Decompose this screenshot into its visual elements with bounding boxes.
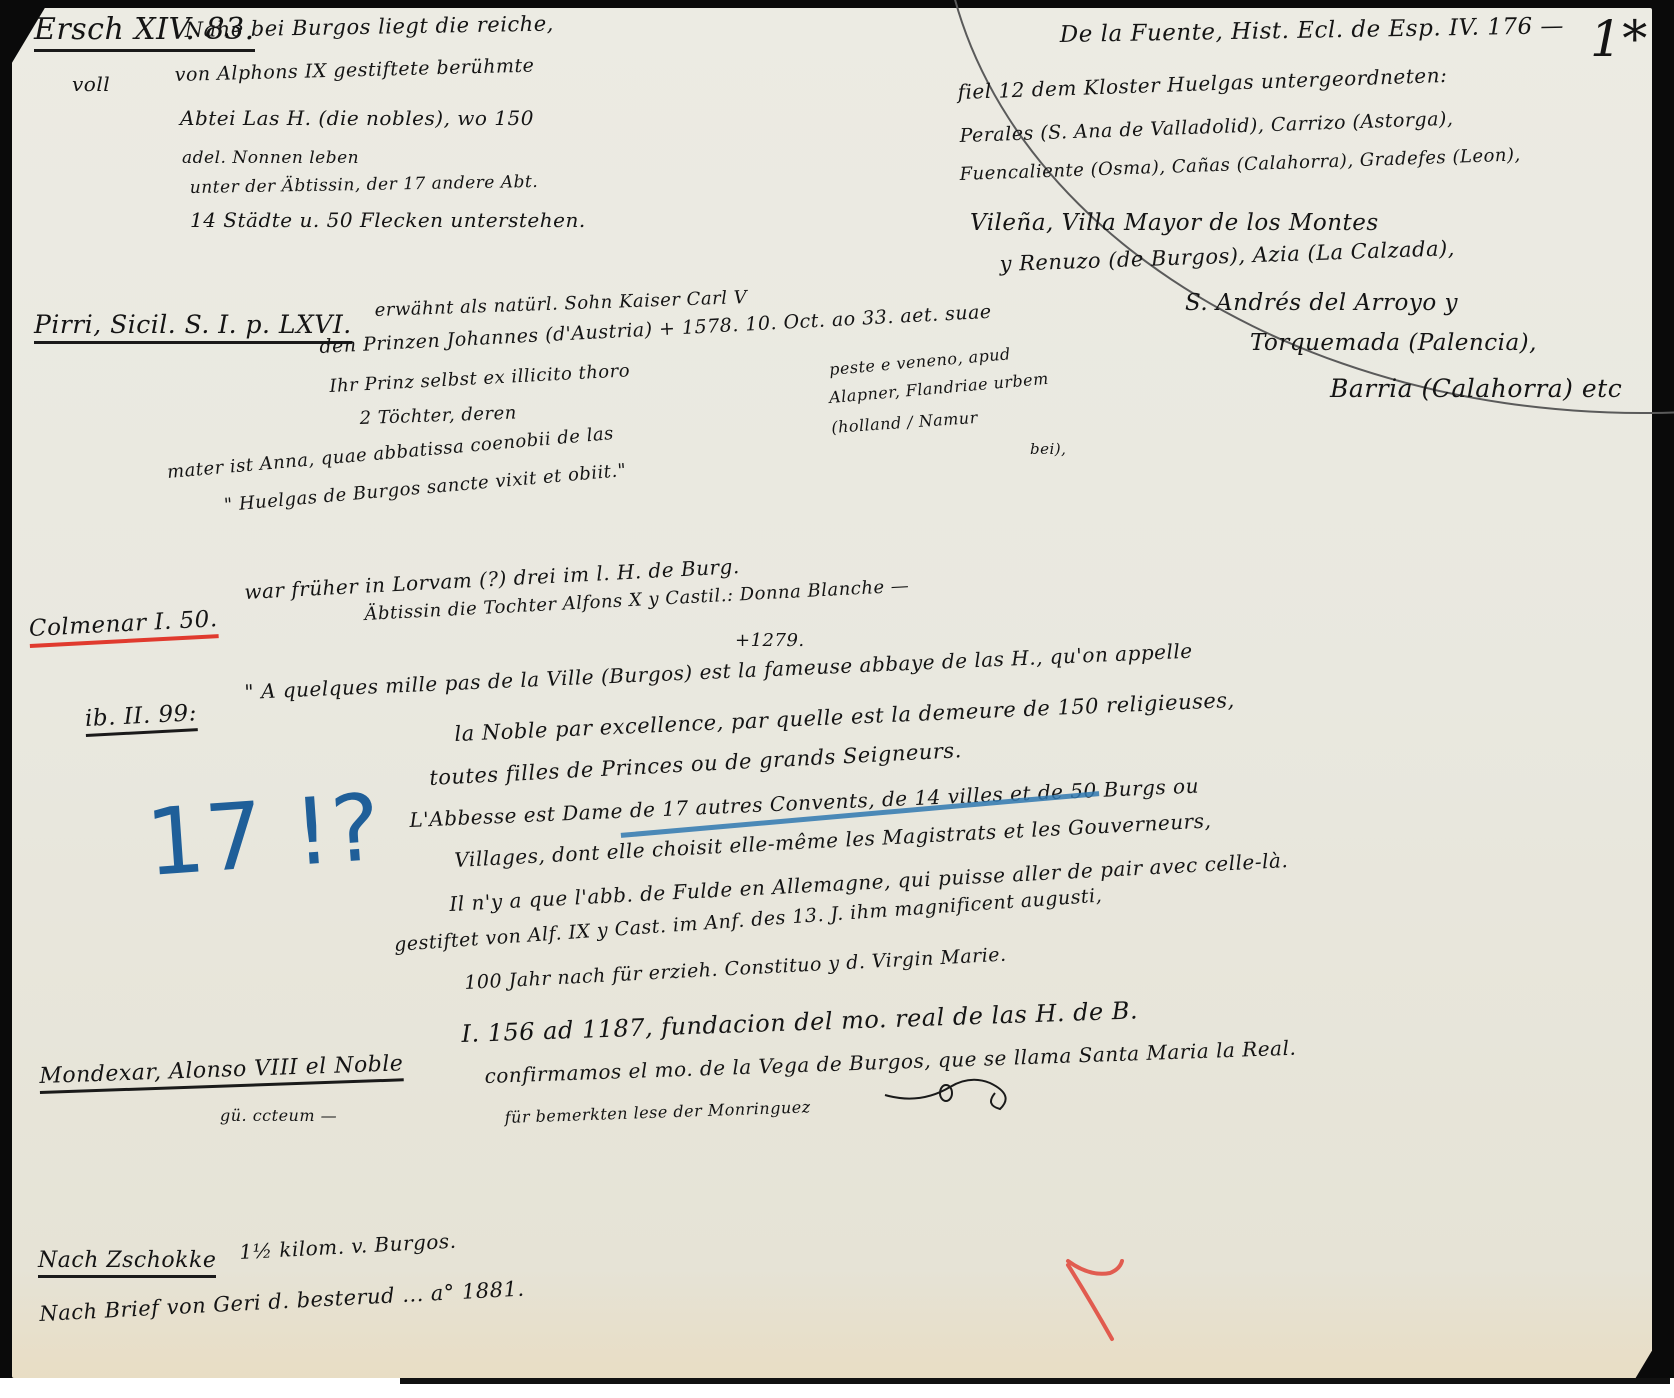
ersch-subnote: voll [72,72,110,96]
pirri-side-note-4: bei), [1030,440,1066,458]
ersch-line-3: Abtei Las H. (die nobles), wo 150 [180,106,534,130]
delafuente-line-8: Barria (Calahorra) etc [1330,374,1622,403]
blue-margin-note-17: 17 !? [143,774,384,897]
pirri-reference: Pirri, Sicil. S. I. p. LXVI. [34,310,352,344]
ersch-line-4: adel. Nonnen leben [182,148,359,168]
flourish-ornament [880,1065,1030,1115]
colmenar-line-3: +1279. [735,630,805,651]
page-marker: 1* [1590,10,1648,68]
delafuente-line-4: Vileña, Villa Mayor de los Montes [970,210,1379,236]
red-check-mark [1060,1255,1140,1345]
delafuente-line-7: Torquemada (Palencia), [1250,330,1537,356]
ersch-line-6: 14 Städte u. 50 Flecken unterstehen. [190,208,586,232]
scan-bottom-edge [0,1378,1674,1398]
ib-reference: ib. II. 99: [84,700,197,737]
zschokke-reference: Nach Zschokke [38,1248,216,1278]
delafuente-line-6: S. Andrés del Arroyo y [1185,290,1458,316]
mondexar-subnote: gü. ccteum — [220,1106,337,1125]
